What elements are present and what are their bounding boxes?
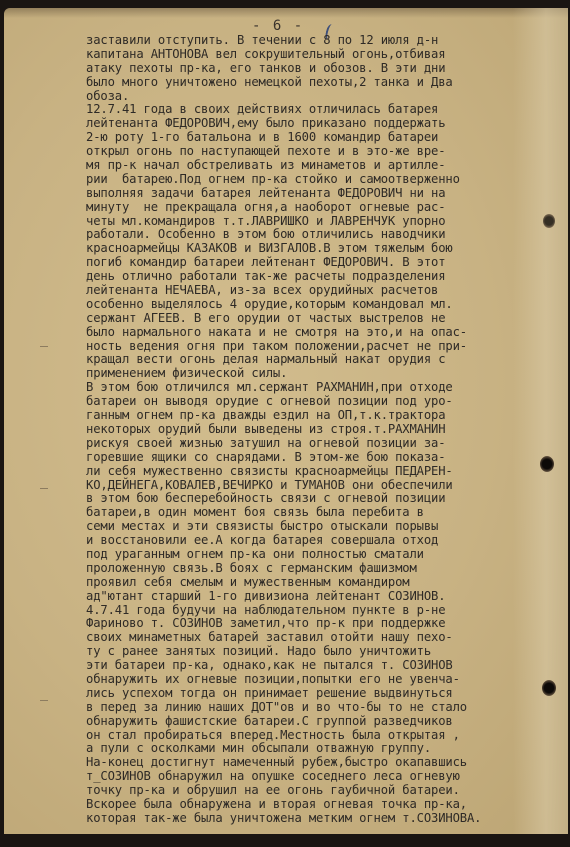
text-line: погиб командир батареи лейтенант ФЕДОРОВ… [86,256,556,270]
text-line: ту с ранее занятых позиций. Надо было ун… [86,645,556,659]
text-line: некоторых орудий были выведены из строя.… [86,423,556,437]
text-line: Фариново т. СОЗИНОВ заметил,что пр-к при… [86,617,556,631]
text-line: открыл огонь по наступающей пехоте и в э… [86,145,556,159]
text-line: в этом бою бесперебойность связи с огнев… [86,492,556,506]
text-line: обнаружить их огневые позиции,попытки ег… [86,673,556,687]
text-line: сержант АГЕЕВ. В его орудии от частых вы… [86,312,556,326]
text-line: красноармейцы КАЗАКОВ и ВИЗГАЛОВ.В этом … [86,242,556,256]
text-line: и восстановили ее.А когда батарея соверш… [86,534,556,548]
text-line: проявил себя смелым и мужественным коман… [86,576,556,590]
text-line: ли себя мужественно связисты красноармей… [86,465,556,479]
text-line: выполняя задачи батарея лейтенанта ФЕДОР… [86,187,556,201]
text-line: 4.7.41 года будучи на наблюдательном пун… [86,604,556,618]
text-line: заставили отступить. В течении с 8 по 12… [86,34,556,48]
text-line: ганным огнем пр-ка дважды ездил на ОП,т.… [86,409,556,423]
text-line: которая так-же была уничтожена метким ог… [86,812,556,826]
text-line: семи местах и эти связисты быстро отыска… [86,520,556,534]
text-line: батареи,в один момент боя связь была пер… [86,506,556,520]
margin-tick [40,488,48,489]
text-line: эти батареи пр-ка, однако,как не пытался… [86,659,556,673]
text-line: было нармального наката и не смотря на э… [86,326,556,340]
text-line: обоза. [86,90,556,104]
text-line: применением физической силы. [86,367,556,381]
text-line: рии батарею.Под огнем пр-ка стойко и сам… [86,173,556,187]
text-line: под ураганным огнем пр-ка они полностью … [86,548,556,562]
document-page: - 6 - заставили отступить. В течении с 8… [4,8,568,834]
text-line: На-конец достигнут намеченный рубеж,быст… [86,756,556,770]
text-line: ность ведения огня при таком положении,р… [86,340,556,354]
text-line: Вскорее была обнаружена и вторая огневая… [86,798,556,812]
text-line: ад"ютант старший 1-го дивизиона лейтенан… [86,590,556,604]
margin-tick [40,346,48,347]
text-line: особенно выделялось 4 орудие,которым ком… [86,298,556,312]
text-line: он стал пробираться вперед.Местность был… [86,729,556,743]
page-top-shadow [4,8,568,18]
text-line: в перед за линию наших ДОТ"ов и во что-б… [86,701,556,715]
typed-text-body: заставили отступить. В течении с 8 по 12… [86,34,556,826]
text-line: лись успехом тогда он принимает решение … [86,687,556,701]
text-line: день отлично работали так-же расчеты под… [86,270,556,284]
text-line: работали. Особенно в этом бою отличились… [86,228,556,242]
text-line: батареи он выводя орудие с огневой позиц… [86,395,556,409]
text-line: горевшие ящики со снарядами. В этом-же б… [86,451,556,465]
text-line: точку пр-ка и обрушил на ее огонь гаубич… [86,784,556,798]
text-line: рискуя своей жизнью затушил на огневой п… [86,437,556,451]
page-number: - 6 - [252,18,304,34]
text-line: атаку пехоты пр-ка, его танков и обозов.… [86,62,556,76]
text-line: четы мл.командиров т.т.ЛАВРИШКО и ЛАВРЕН… [86,215,556,229]
text-line: 2-ю роту 1-го батальона и в 1600 команди… [86,131,556,145]
text-line: КО,ДЕЙНЕГА,КОВАЛЕВ,ВЕЧИРКО и ТУМАНОВ они… [86,479,556,493]
text-line: лейтенанта ФЕДОРОВИЧ,ему было приказано … [86,117,556,131]
text-line: мя пр-к начал обстреливать из минаметов … [86,159,556,173]
text-line: обнаружить фашистские батареи.С группой … [86,715,556,729]
text-line: т_СОЗИНОВ обнаружил на опушке соседнего … [86,770,556,784]
text-line: лейтенанта НЕЧАЕВА, из-за всех орудийных… [86,284,556,298]
margin-tick [40,700,48,701]
text-line: минуту не прекращала огня,а наоборот огн… [86,201,556,215]
text-line: было много уничтожено немецкой пехоты,2 … [86,76,556,90]
text-line: проложенную связь.В боях с германским фа… [86,562,556,576]
text-line: капитана АНТОНОВА вел сокрушительный ого… [86,48,556,62]
text-line: 12.7.41 года в своих действиях отличилас… [86,103,556,117]
text-line: кращал вести огонь делая нармальный нака… [86,353,556,367]
text-line: своих минаметных батарей заставил отойти… [86,631,556,645]
text-line: В этом бою отличился мл.сержант РАХМАНИН… [86,381,556,395]
text-line: а пули с осколками мин обсыпали отважную… [86,742,556,756]
